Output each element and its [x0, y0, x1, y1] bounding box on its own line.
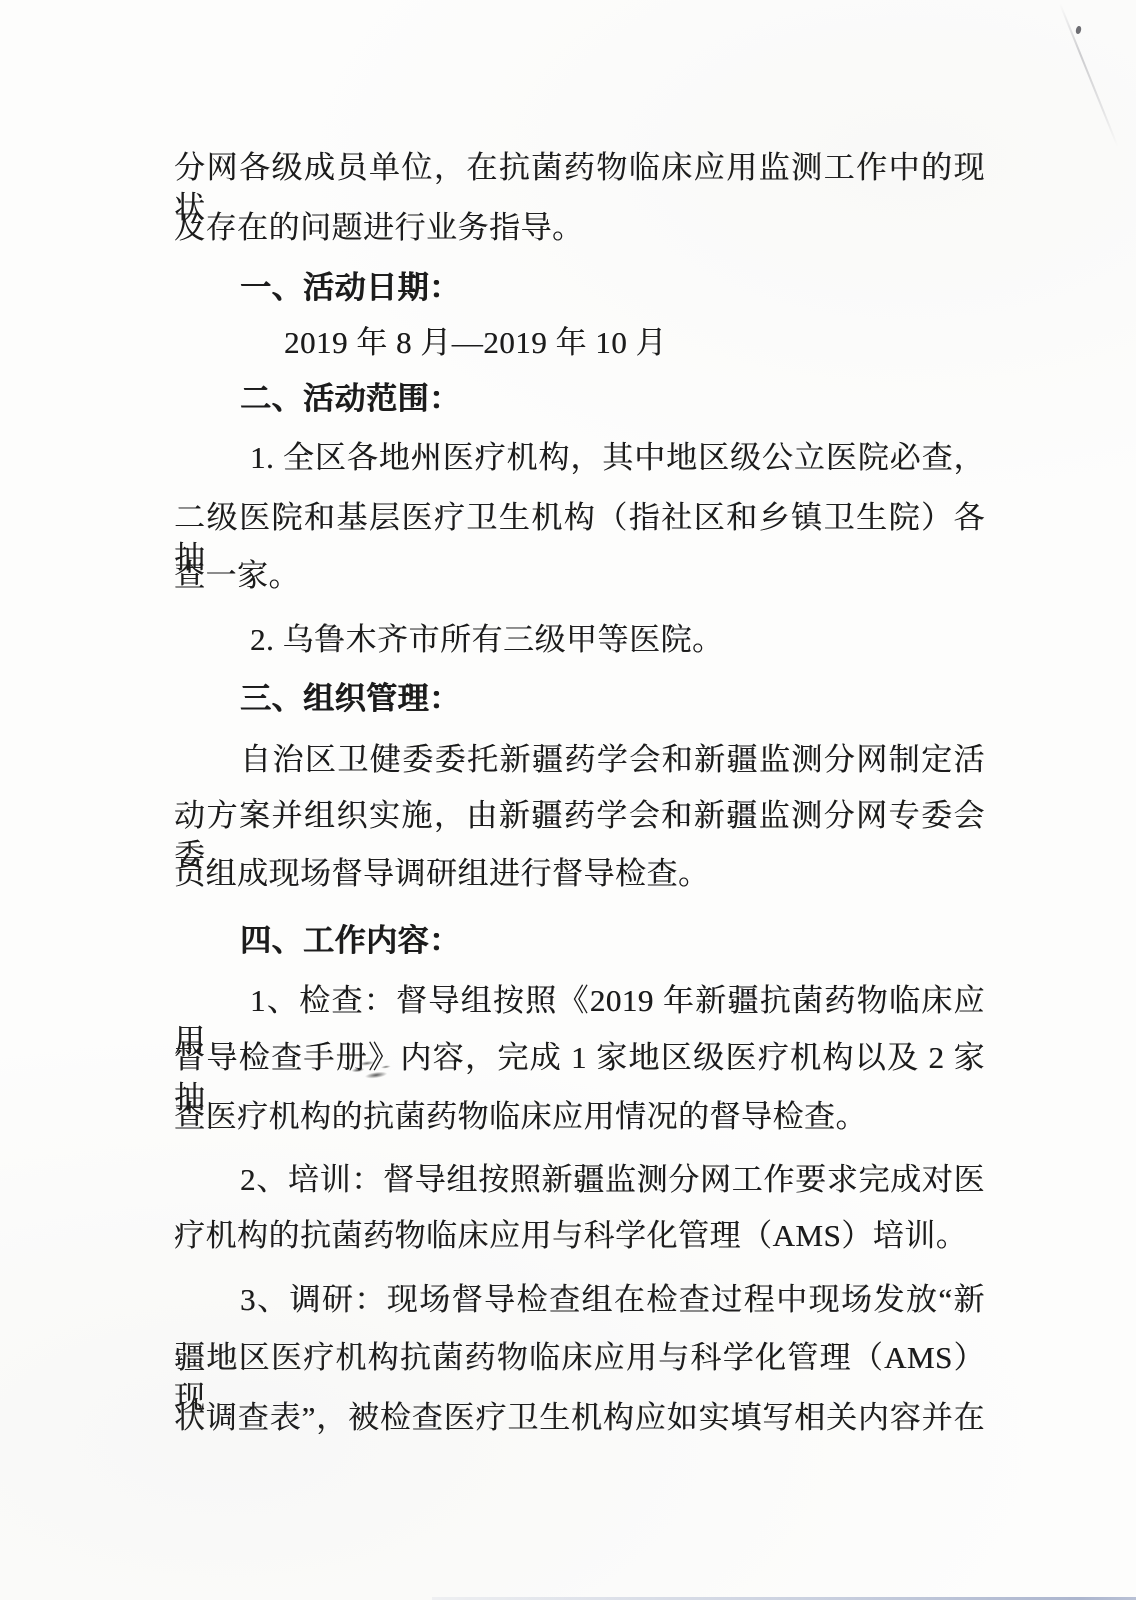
section-heading: 三、组织管理： — [174, 679, 985, 719]
paper-crease-artifact — [1059, 3, 1119, 147]
doc-line: 1. 全区各地州医疗机构，其中地区级公立医院必查， — [174, 438, 985, 478]
scanned-document-page: 分网各级成员单位，在抗菌药物临床应用监测工作中的现状 及存在的问题进行业务指导。… — [0, 0, 1136, 1600]
doc-line: 员组成现场督导调研组进行督导检查。 — [174, 854, 985, 894]
doc-line: 2、培训：督导组按照新疆监测分网工作要求完成对医 — [174, 1160, 985, 1200]
doc-line: 3、调研：现场督导检查组在检查过程中现场发放“新 — [174, 1280, 985, 1320]
dust-speck-artifact — [1075, 26, 1082, 35]
doc-line: 查一家。 — [174, 556, 985, 596]
doc-line: 疗机构的抗菌药物临床应用与科学化管理（AMS）培训。 — [174, 1216, 985, 1256]
section-heading: 一、活动日期： — [174, 268, 985, 308]
doc-line: 2019 年 8 月—2019 年 10 月 — [174, 323, 985, 363]
doc-line: 自治区卫健委委托新疆药学会和新疆监测分网制定活 — [174, 740, 985, 780]
section-heading: 二、活动范围： — [174, 379, 985, 419]
doc-line: 2. 乌鲁木齐市所有三级甲等医院。 — [174, 620, 985, 660]
doc-line: 状调查表”，被检查医疗卫生机构应如实填写相关内容并在 — [174, 1398, 985, 1438]
section-heading: 四、工作内容： — [174, 921, 985, 961]
doc-line: 查医疗机构的抗菌药物临床应用情况的督导检查。 — [174, 1097, 985, 1137]
doc-line: 及存在的问题进行业务指导。 — [174, 208, 985, 248]
